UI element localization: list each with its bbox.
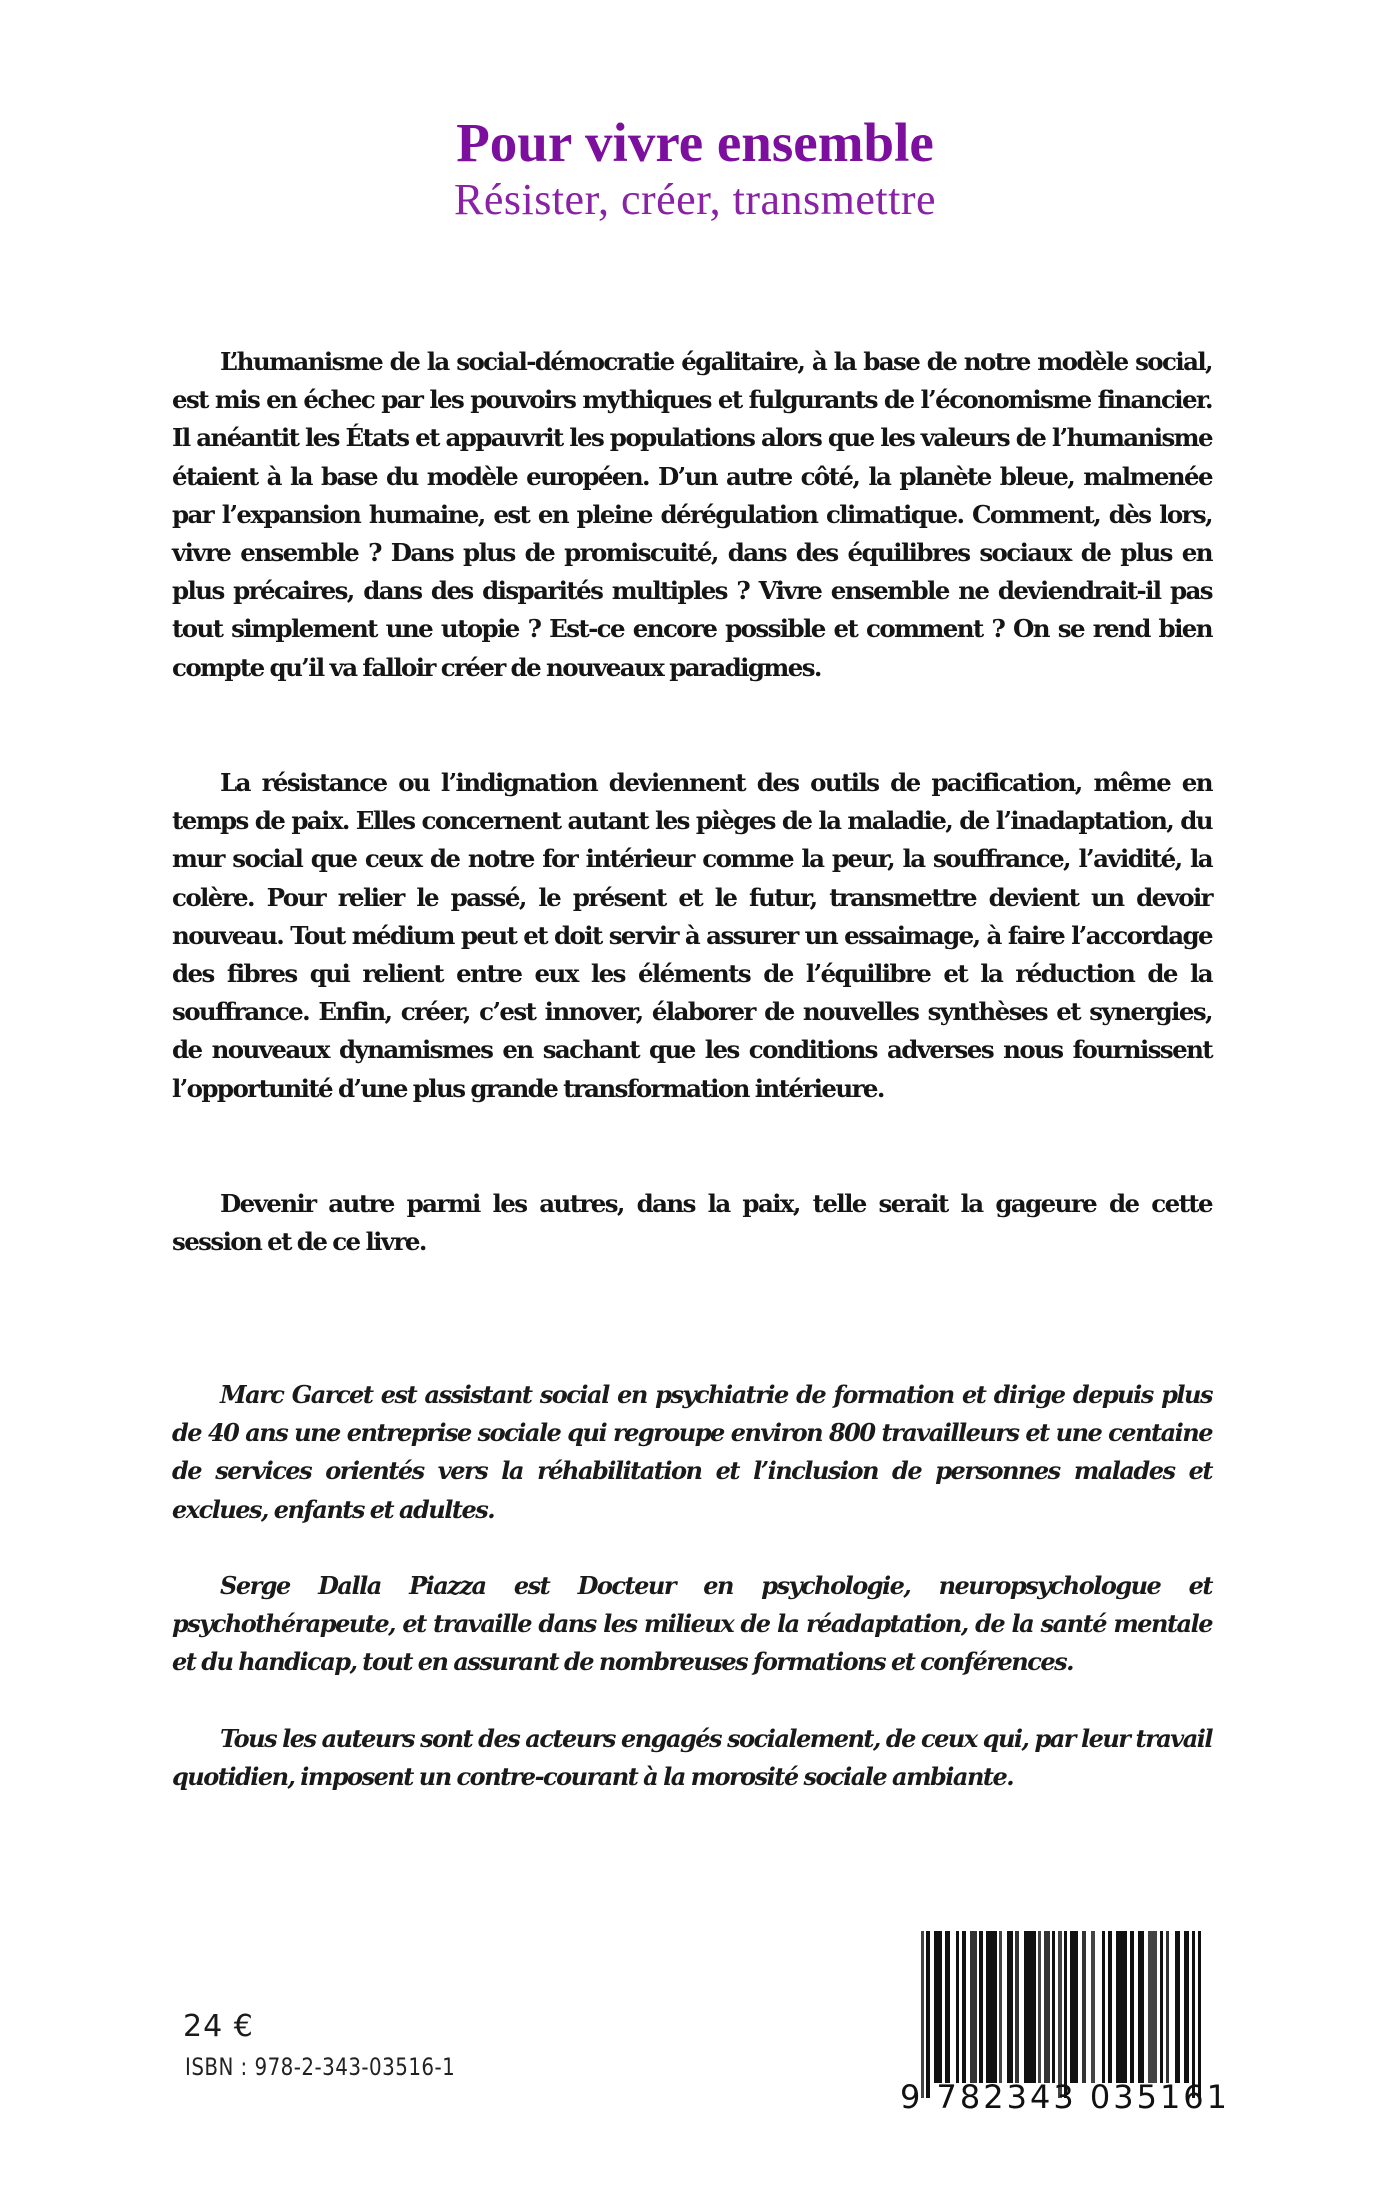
bio-text: Tous les auteurs sont des acteurs engagé…: [172, 1720, 1212, 1796]
authors-collective-note: Tous les auteurs sont des acteurs engagé…: [172, 1720, 1212, 1796]
isbn-label: ISBN : 978-2-343-03516-1: [185, 2053, 455, 2081]
author-bio-marc-garcet: Marc Garcet est assistant social en psyc…: [172, 1376, 1212, 1529]
summary-paragraph-1: L’humanisme de la social-démocratie égal…: [172, 343, 1212, 687]
summary-paragraph-2: La résistance ou l’indignation deviennen…: [172, 764, 1212, 1108]
summary-text: Devenir autre parmi les autres, dans la …: [172, 1185, 1212, 1261]
author-bio-serge-dalla-piazza: Serge Dalla Piazza est Docteur en psycho…: [172, 1567, 1212, 1682]
summary-text: La résistance ou l’indignation deviennen…: [172, 764, 1212, 1108]
bio-text: Serge Dalla Piazza est Docteur en psycho…: [172, 1567, 1212, 1682]
price-label: 24 €: [183, 2010, 254, 2044]
barcode-digits: 9 782343 035161: [900, 2080, 1220, 2114]
summary-paragraph-3: Devenir autre parmi les autres, dans la …: [172, 1185, 1212, 1261]
summary-text: L’humanisme de la social-démocratie égal…: [172, 343, 1212, 687]
book-title: Pour vivre ensemble: [0, 112, 1390, 174]
title-block: Pour vivre ensemble Résister, créer, tra…: [0, 112, 1390, 226]
bio-text: Marc Garcet est assistant social en psyc…: [172, 1376, 1212, 1529]
book-subtitle: Résister, créer, transmettre: [0, 174, 1390, 226]
